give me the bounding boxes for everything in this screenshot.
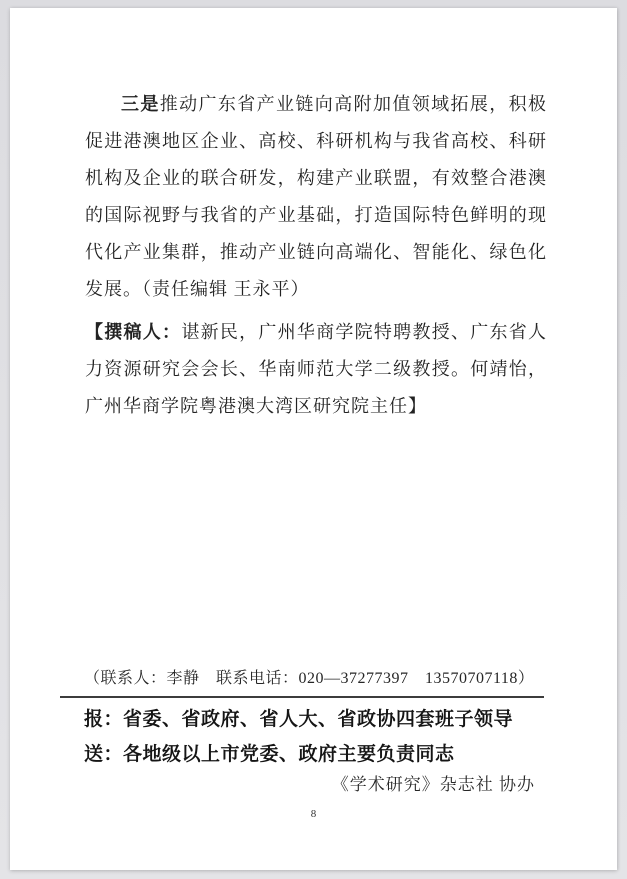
paragraph-main-lead: 三是 [121, 94, 160, 114]
paragraph-authors-lead: 【撰稿人： [85, 322, 181, 342]
page-number: 8 [10, 808, 617, 820]
document-body: 三是推动广东省产业链向高附加值领域拓展，积极促进港澳地区企业、高校、科研机构与我… [85, 86, 547, 425]
document-page: 三是推动广东省产业链向高附加值领域拓展，积极促进港澳地区企业、高校、科研机构与我… [10, 8, 617, 870]
paragraph-main-text: 推动广东省产业链向高附加值领域拓展，积极促进港澳地区企业、高校、科研机构与我省高… [85, 94, 547, 299]
paragraph-main: 三是推动广东省产业链向高附加值领域拓展，积极促进港澳地区企业、高校、科研机构与我… [85, 86, 547, 308]
send-to-line: 送：各地级以上市党委、政府主要负责同志 [84, 739, 554, 766]
viewer-background: 三是推动广东省产业链向高附加值领域拓展，积极促进港澳地区企业、高校、科研机构与我… [0, 0, 627, 879]
contact-info-line: （联系人：李静 联系电话：020—37277397 13570707118） [84, 665, 554, 688]
coorganizer-line: 《学术研究》杂志社 协办 [85, 770, 535, 795]
paragraph-authors: 【撰稿人：谌新民，广州华商学院特聘教授、广东省人力资源研究会会长、华南师范大学二… [85, 314, 547, 425]
report-to-line: 报：省委、省政府、省人大、省政协四套班子领导 [84, 704, 554, 731]
footer-divider-rule [60, 696, 544, 698]
